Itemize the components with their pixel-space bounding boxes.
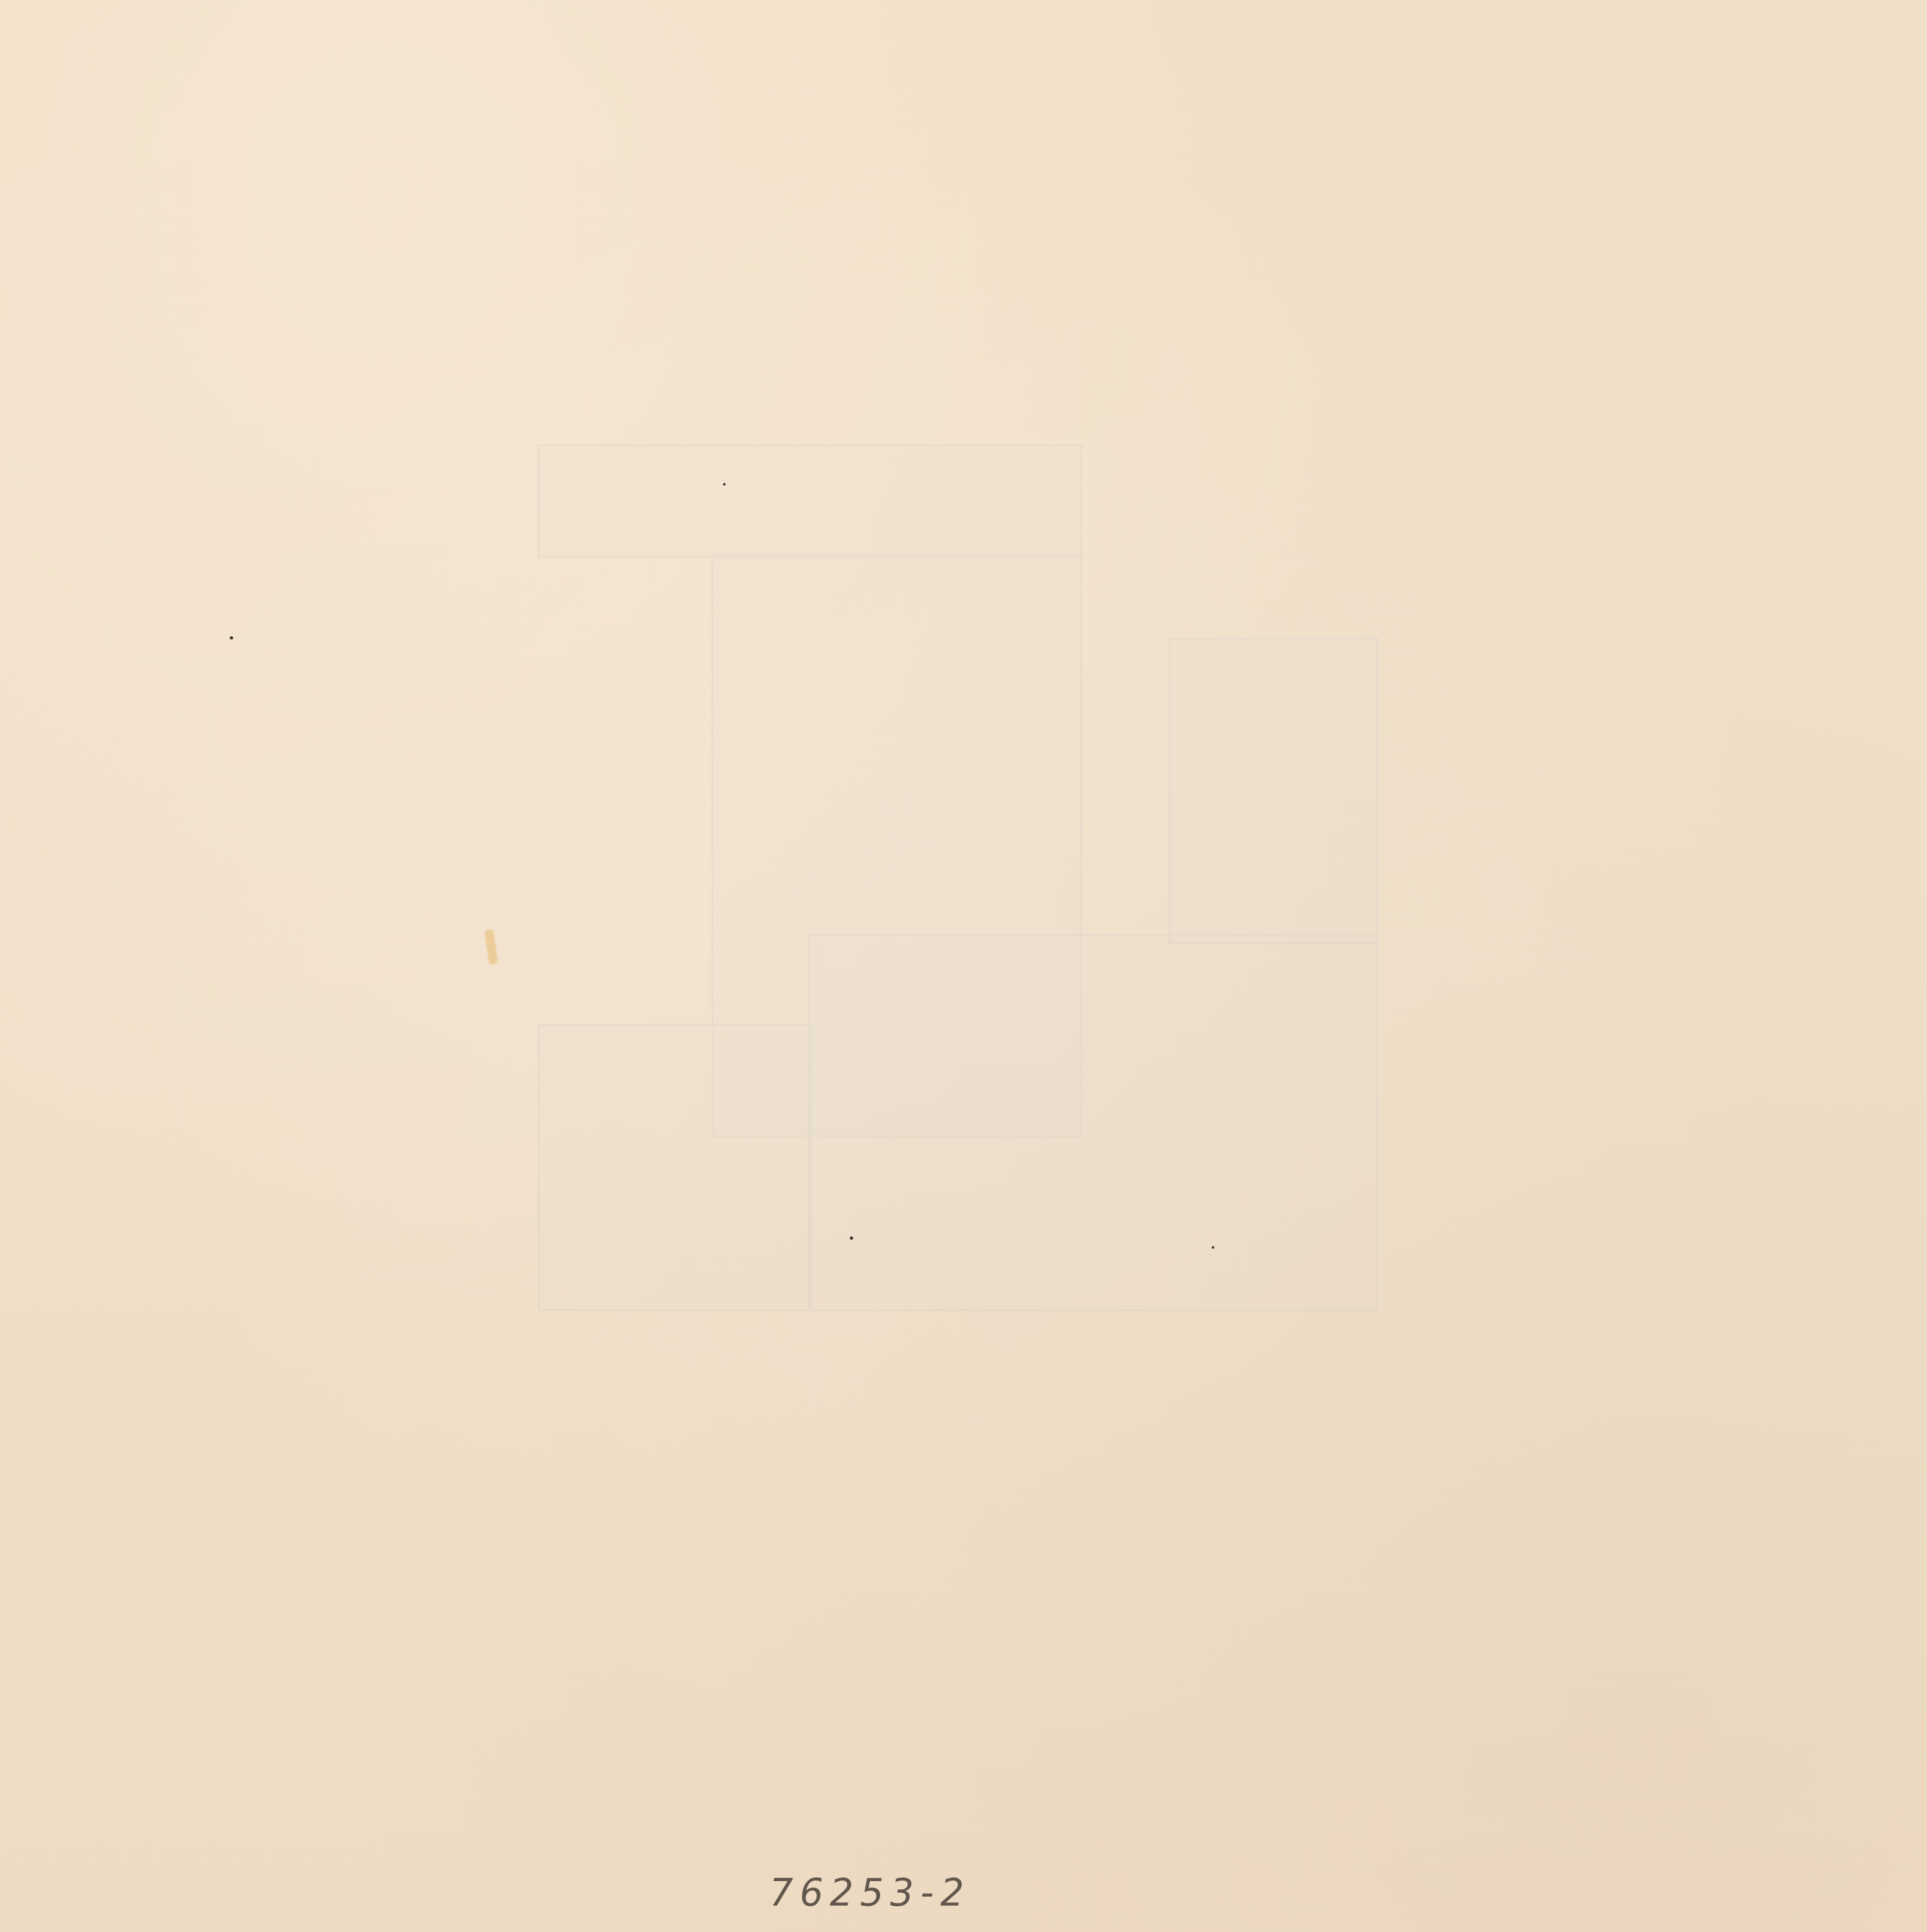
show-through-block (1169, 638, 1378, 944)
paper-speck (723, 483, 726, 486)
paper-speck (1212, 1246, 1214, 1249)
paper-speck (230, 636, 233, 639)
show-through-block (538, 444, 1082, 558)
inventory-number: 76253-2 (769, 1871, 970, 1915)
paper-speck (850, 1236, 853, 1240)
show-through-block (538, 1024, 812, 1311)
print-show-through (538, 444, 1387, 1307)
show-through-block (808, 934, 1378, 1311)
